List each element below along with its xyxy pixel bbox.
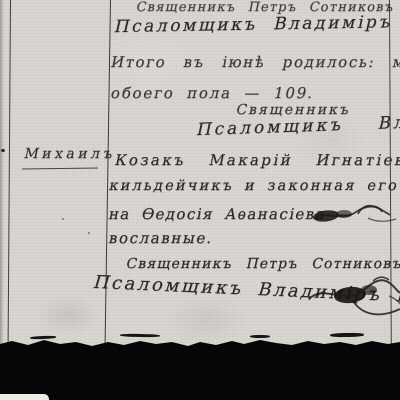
torn-edge-debris xyxy=(330,333,364,338)
ink-speck xyxy=(62,218,64,220)
torn-edge-debris xyxy=(30,336,56,340)
torn-edge-debris xyxy=(250,335,270,338)
margin-name-underline xyxy=(22,167,98,169)
ink-blot-signature xyxy=(305,270,400,322)
handwritten-entry-line-2: кильдейчикъ и законная его же- xyxy=(108,178,400,194)
ink-speck xyxy=(1,149,5,152)
scanned-register-page: Священникъ Петръ Сотниковъ Псаломщикъ Вл… xyxy=(0,0,400,400)
handwritten-entry-line-4: вославные. xyxy=(107,229,215,247)
ink-speck xyxy=(88,232,90,234)
scan-left-edge-shadow xyxy=(0,0,4,400)
handwritten-line-totals-psalmist: Псаломщикъ Вл xyxy=(195,113,400,141)
ink-blot-entry xyxy=(310,201,400,231)
column-rule-middle xyxy=(105,0,112,346)
column-rule-left xyxy=(8,0,12,346)
scan-black-edge xyxy=(0,330,400,400)
handwritten-entry-line-1: Козакъ Макарій Игнатіевъ xyxy=(113,151,400,169)
torn-edge-debris xyxy=(120,334,160,338)
handwritten-line-totals-2: обоего пола — 109. xyxy=(109,84,316,102)
handwritten-line-totals-1: Итого въ іюнѣ родилось: му xyxy=(109,53,400,71)
handwritten-line-psalmist-signature-upper: Псаломщикъ Владиміръ Ба xyxy=(112,11,400,37)
margin-entry-name: Михаилъ xyxy=(23,146,118,162)
scan-corner-artifact xyxy=(0,394,49,400)
